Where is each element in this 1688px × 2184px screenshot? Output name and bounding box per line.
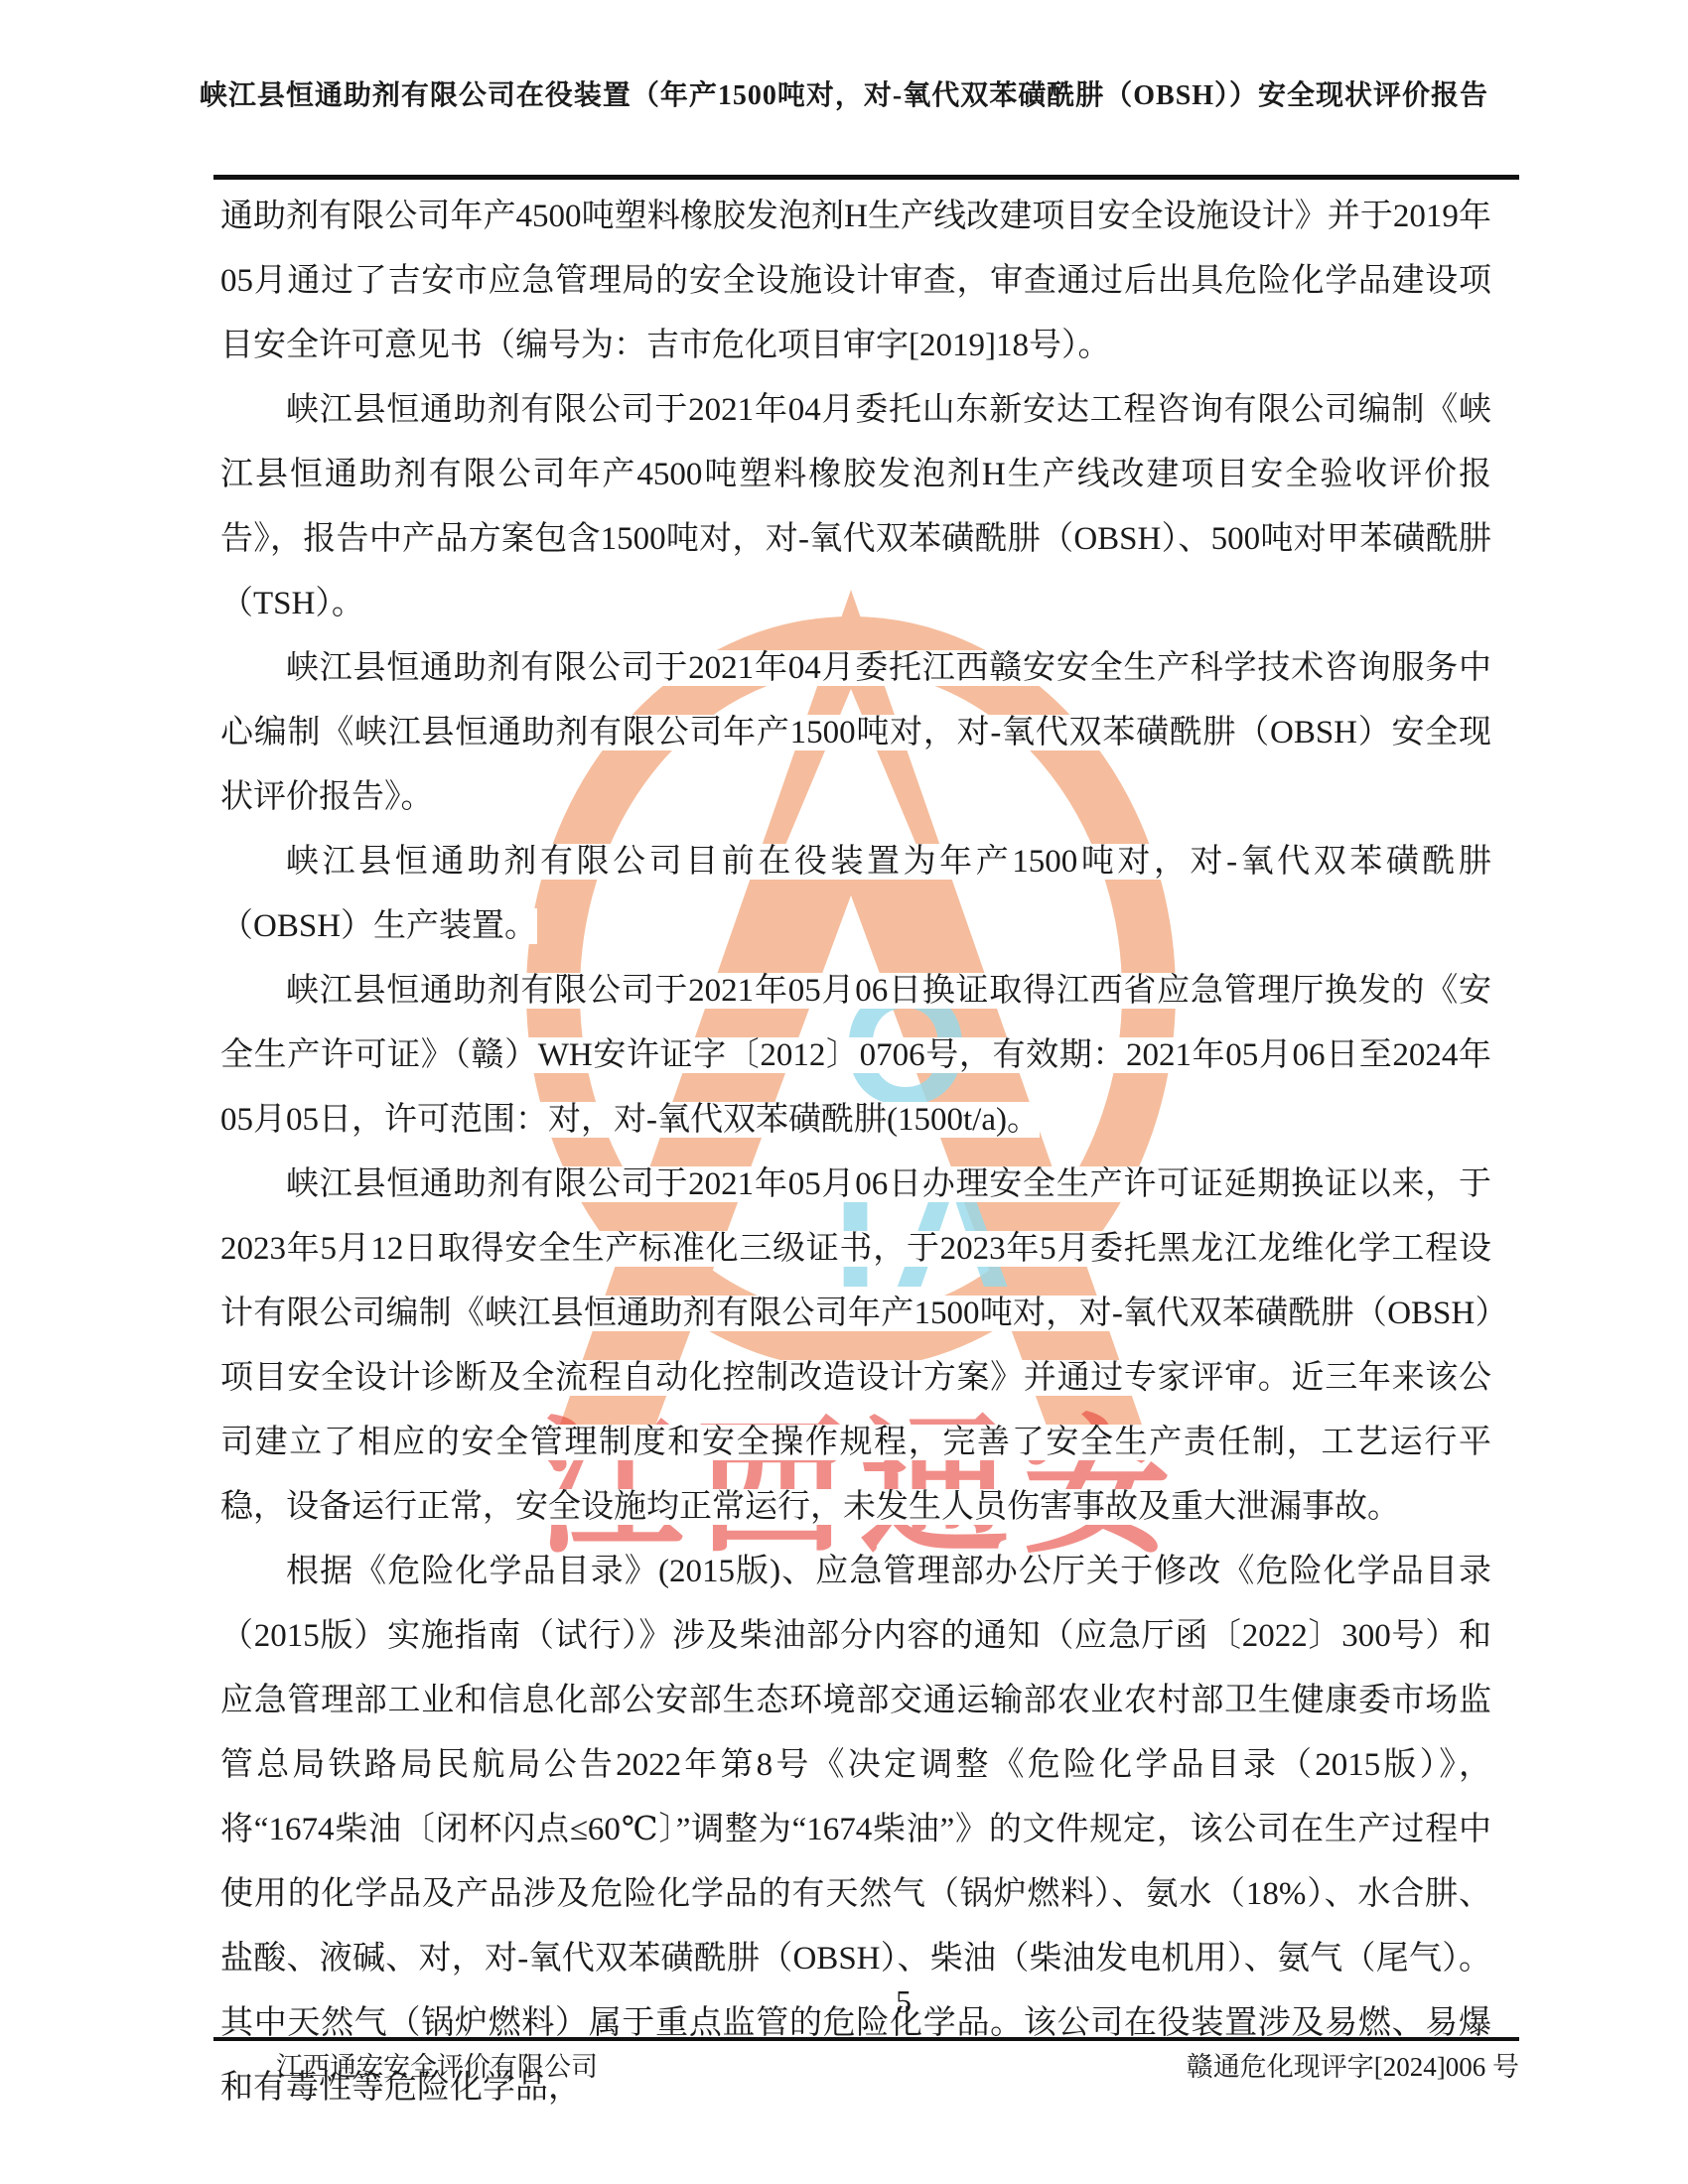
paragraph-text: 峡江县恒通助剂有限公司于2021年04月委托江西赣安安全生产科学技术咨询服务中心… — [220, 650, 1491, 815]
document-page: Q TA 江西通安 峡江县恒通助剂有限公司在役装置（年产1500吨对，对-氧代双… — [0, 0, 1688, 2184]
paragraph-text: 峡江县恒通助剂有限公司于2021年04月委托山东新安达工程咨询有限公司编制《峡江… — [220, 392, 1491, 621]
footer-doc-number: 赣通危化现评字[2024]006 号 — [1187, 2045, 1519, 2084]
paragraph: 峡江县恒通助剂有限公司于2021年05月06日办理安全生产许可证延期换证以来，于… — [220, 1153, 1491, 1540]
body-text: 通助剂有限公司年产4500吨塑料橡胶发泡剂H生产线改建项目安全设施设计》并于20… — [220, 185, 1491, 2120]
paragraph: 峡江县恒通助剂有限公司于2021年04月委托江西赣安安全生产科学技术咨询服务中心… — [220, 636, 1491, 830]
paragraph-text: 峡江县恒通助剂有限公司于2021年05月06日办理安全生产许可证延期换证以来，于… — [220, 1166, 1491, 1525]
paragraph-text: 根据《危险化学品目录》(2015版)、应急管理部办公厅关于修改《危险化学品目录（… — [220, 1554, 1491, 2106]
page-header-title: 峡江县恒通助剂有限公司在役装置（年产1500吨对，对-氧代双苯磺酰肼（OBSH）… — [0, 73, 1688, 113]
paragraph: 峡江县恒通助剂有限公司于2021年04月委托山东新安达工程咨询有限公司编制《峡江… — [220, 378, 1491, 636]
paragraph-text: 峡江县恒通助剂有限公司目前在役装置为年产1500吨对，对-氧代双苯磺酰肼（OBS… — [220, 844, 1491, 944]
paragraph: 峡江县恒通助剂有限公司目前在役装置为年产1500吨对，对-氧代双苯磺酰肼（OBS… — [220, 830, 1491, 959]
footer-company: 江西通安安全评价有限公司 — [276, 2045, 598, 2084]
paragraph: 通助剂有限公司年产4500吨塑料橡胶发泡剂H生产线改建项目安全设施设计》并于20… — [220, 185, 1491, 378]
footer-rule — [213, 2037, 1519, 2041]
paragraph: 峡江县恒通助剂有限公司于2021年05月06日换证取得江西省应急管理厅换发的《安… — [220, 959, 1491, 1153]
paragraph-text: 峡江县恒通助剂有限公司于2021年05月06日换证取得江西省应急管理厅换发的《安… — [220, 973, 1491, 1138]
page-number: 5 — [874, 1983, 933, 2020]
paragraph: 根据《危险化学品目录》(2015版)、应急管理部办公厅关于修改《危险化学品目录（… — [220, 1540, 1491, 2120]
paragraph-text: 通助剂有限公司年产4500吨塑料橡胶发泡剂H生产线改建项目安全设施设计》并于20… — [220, 199, 1491, 363]
header-rule — [213, 175, 1519, 180]
